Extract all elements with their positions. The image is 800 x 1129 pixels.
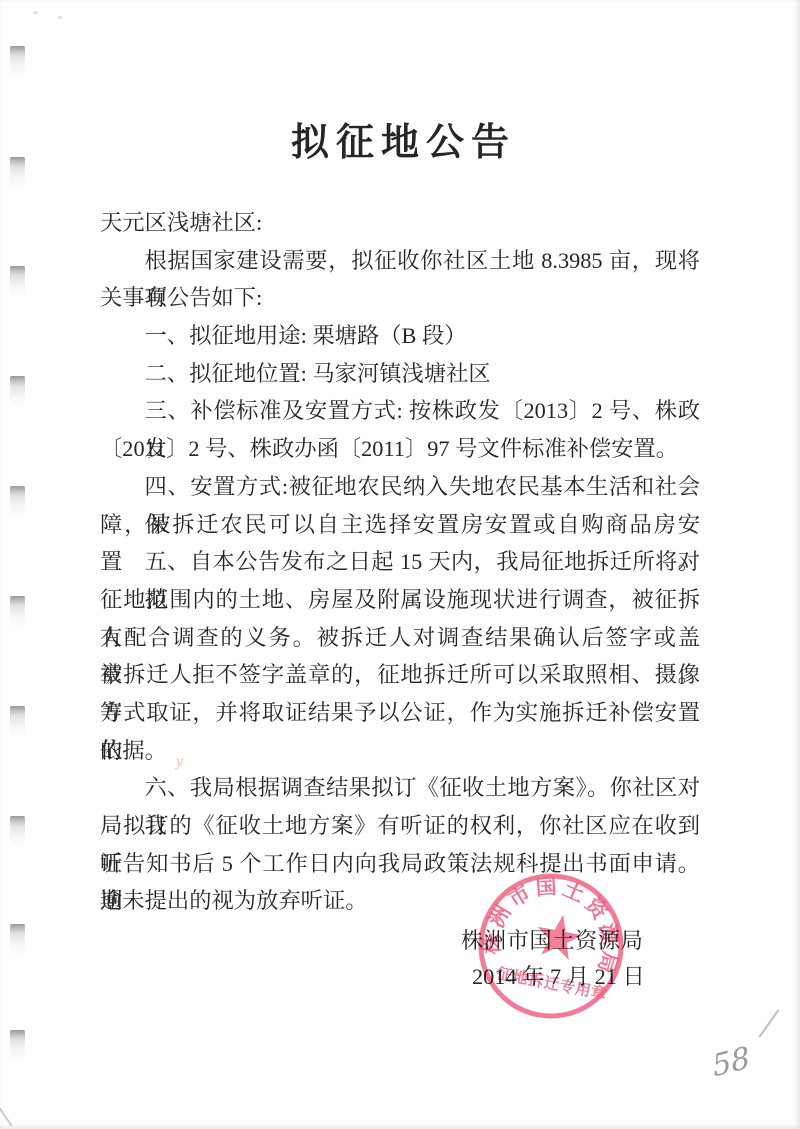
body-line: 期未提出的视为放弃听证。 <box>100 882 700 920</box>
notice-body: 天元区浅塘社区:根据国家建设需要，拟征收你社区土地 8.3985 亩，现将有关事… <box>100 204 700 920</box>
binder-hole <box>10 596 25 629</box>
notice-title: 拟征地公告 <box>0 122 800 164</box>
binder-hole <box>10 816 25 849</box>
binder-hole <box>10 486 25 519</box>
body-line: 证告知书后 5 个工作日内向我局政策法规科提出书面申请。逾 <box>100 845 700 883</box>
binder-hole <box>10 46 25 79</box>
pen-tick-mark: y <box>176 752 192 772</box>
body-line: 征地范围内的土地、房屋及附属设施现状进行调查，被征拆人 <box>100 581 700 619</box>
body-line: 天元区浅塘社区: <box>100 204 700 242</box>
binder-hole <box>10 376 25 409</box>
body-line: 关事项公告如下: <box>100 279 700 317</box>
body-line: 四、安置方式:被征地农民纳入失地农民基本生活和社会保 <box>100 468 700 506</box>
scan-speck <box>58 16 62 19</box>
body-line: 二、拟征地位置: 马家河镇浅塘社区 <box>100 355 700 393</box>
body-line: 有配合调查的义务。被拆迁人对调查结果确认后签字或盖章。 <box>100 619 700 657</box>
handwritten-page-number: 58 <box>710 1039 760 1085</box>
issuer-signature: 株洲市国土资源局 <box>461 926 643 956</box>
body-line: 方式取证，并将取证结果予以公证，作为实施拆迁补偿安置的 <box>100 694 700 732</box>
body-line: 三、补偿标准及安置方式: 按株政发〔2013〕2 号、株政发 <box>100 392 700 430</box>
scanned-document-page: 拟征地公告 天元区浅塘社区:根据国家建设需要，拟征收你社区土地 8.3985 亩… <box>0 0 800 1129</box>
handwriting-stroke <box>758 1009 779 1038</box>
binder-hole <box>10 706 25 739</box>
body-line: 被拆迁人拒不签字盖章的，征地拆迁所可以采取照相、摄像等 <box>100 656 700 694</box>
body-line: 五、自本公告发布之日起 15 天内，我局征地拆迁所将对拟 <box>100 543 700 581</box>
body-line: 一、拟征地用途: 栗塘路（B 段） <box>100 317 700 355</box>
body-line: 六、我局根据调查结果拟订《征收土地方案》。你社区对我 <box>100 769 700 807</box>
body-line: 〔2011〕2 号、株政办函〔2011〕97 号文件标准补偿安置。 <box>100 430 700 468</box>
body-line: 局拟订的《征收土地方案》有听证的权利，你社区应在收到听 <box>100 807 700 845</box>
body-line: 障，被拆迁农民可以自主选择安置房安置或自购商品房安置。 <box>100 506 700 544</box>
body-line: 根据国家建设需要，拟征收你社区土地 8.3985 亩，现将有 <box>100 242 700 280</box>
binder-hole <box>10 1030 25 1063</box>
binder-hole <box>10 924 25 957</box>
binder-hole-marks <box>0 0 40 1129</box>
binder-hole <box>10 266 25 299</box>
issue-date: 2014 年 7 月 21 日 <box>472 962 645 992</box>
